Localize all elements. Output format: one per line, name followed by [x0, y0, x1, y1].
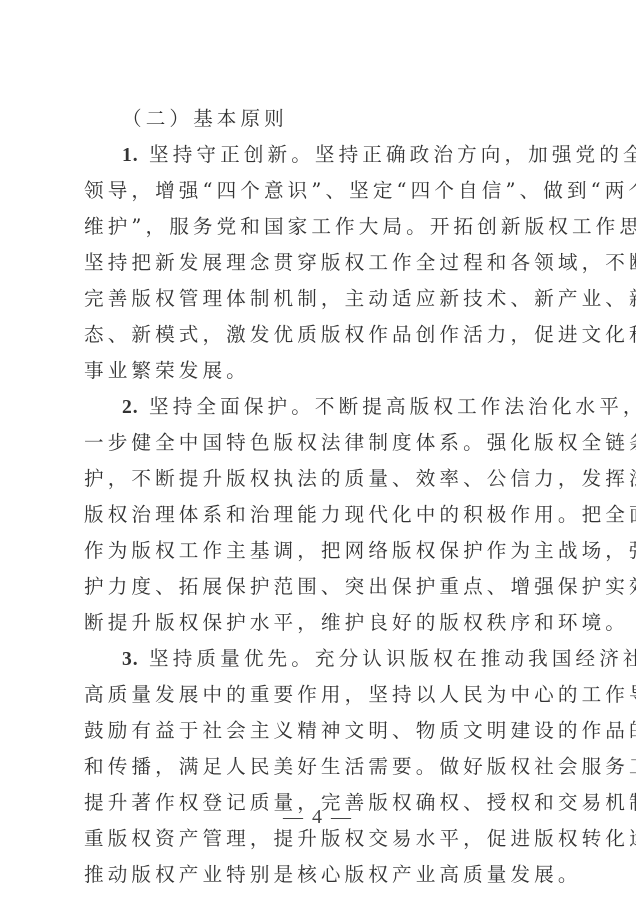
item-number: 1.	[122, 145, 139, 166]
line-text: 坚持守正创新。坚持正确政治方向，加强党的全面	[149, 143, 636, 166]
paragraph-line: 推动版权产业特别是核心版权产业高质量发展。	[84, 857, 556, 893]
document-body: （二）基本原则 1. 坚持守正创新。坚持正确政治方向，加强党的全面 领导，增强“…	[84, 101, 556, 893]
principle-paragraph-2: 2. 坚持全面保护。不断提高版权工作法治化水平，进 一步健全中国特色版权法律制度…	[84, 389, 556, 641]
item-number: 2.	[122, 397, 139, 418]
paragraph-line: 坚持把新发展理念贯穿版权工作全过程和各领域，不断改革	[84, 245, 556, 281]
paragraph-first-line: 3. 坚持质量优先。充分认识版权在推动我国经济社会	[84, 641, 556, 677]
item-number: 3.	[122, 649, 139, 670]
paragraph-line: 完善版权管理体制机制，主动适应新技术、新产业、新业	[84, 281, 556, 317]
paragraph-line: 态、新模式，激发优质版权作品创作活力，促进文化和科学	[84, 317, 556, 353]
paragraph-line: 作为版权工作主基调，把网络版权保护作为主战场，强化保	[84, 533, 556, 569]
paragraph-line: 版权治理体系和治理能力现代化中的积极作用。把全面保护	[84, 497, 556, 533]
paragraph-line: 一步健全中国特色版权法律制度体系。强化版权全链条保	[84, 425, 556, 461]
line-text: 坚持质量优先。充分认识版权在推动我国经济社会	[149, 647, 636, 670]
section-heading: （二）基本原则	[84, 101, 556, 137]
paragraph-line: 维护”，服务党和国家工作大局。开拓创新版权工作思路，	[84, 209, 556, 245]
paragraph-first-line: 1. 坚持守正创新。坚持正确政治方向，加强党的全面	[84, 137, 556, 173]
page-number: — 4 —	[0, 806, 636, 829]
document-page: （二）基本原则 1. 坚持守正创新。坚持正确政治方向，加强党的全面 领导，增强“…	[0, 0, 636, 900]
paragraph-line: 和传播，满足人民美好生活需要。做好版权社会服务工作，	[84, 749, 556, 785]
paragraph-line: 断提升版权保护水平，维护良好的版权秩序和环境。	[84, 605, 556, 641]
principle-paragraph-3: 3. 坚持质量优先。充分认识版权在推动我国经济社会 高质量发展中的重要作用，坚持…	[84, 641, 556, 893]
paragraph-line: 领导，增强“四个意识”、坚定“四个自信”、做到“两个	[84, 173, 556, 209]
paragraph-line: 事业繁荣发展。	[84, 353, 556, 389]
line-text: 坚持全面保护。不断提高版权工作法治化水平，进	[149, 395, 636, 418]
paragraph-first-line: 2. 坚持全面保护。不断提高版权工作法治化水平，进	[84, 389, 556, 425]
principle-paragraph-1: 1. 坚持守正创新。坚持正确政治方向，加强党的全面 领导，增强“四个意识”、坚定…	[84, 137, 556, 389]
paragraph-line: 护，不断提升版权执法的质量、效率、公信力，发挥法治在	[84, 461, 556, 497]
paragraph-line: 护力度、拓展保护范围、突出保护重点、增强保护实效，不	[84, 569, 556, 605]
paragraph-line: 高质量发展中的重要作用，坚持以人民为中心的工作导向，	[84, 677, 556, 713]
paragraph-line: 鼓励有益于社会主义精神文明、物质文明建设的作品的创作	[84, 713, 556, 749]
